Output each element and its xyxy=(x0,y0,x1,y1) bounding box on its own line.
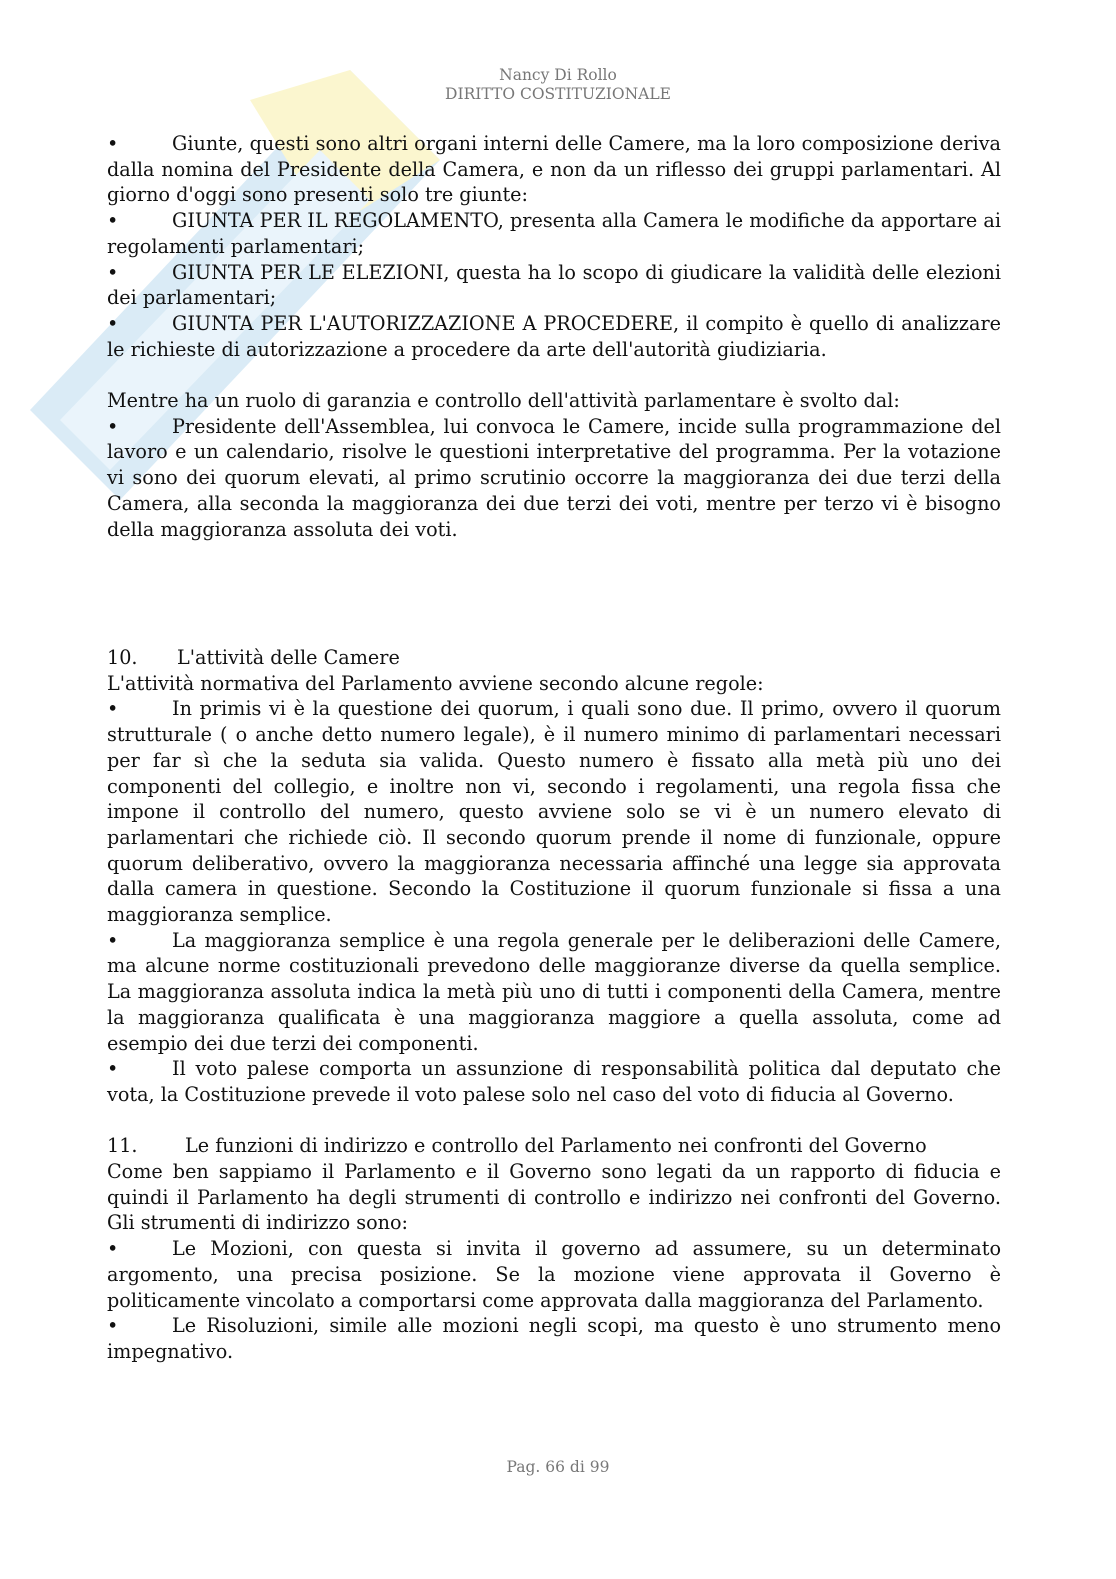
paragraph-garanzia-intro: Mentre ha un ruolo di garanzia e control… xyxy=(107,388,1001,414)
list-item-giunte: •Giunte, questi sono altri organi intern… xyxy=(107,131,1001,208)
header-subject: DIRITTO COSTITUZIONALE xyxy=(0,85,1116,104)
paragraph-section11-intro: Come ben sappiamo il Parlamento e il Gov… xyxy=(107,1159,1001,1236)
spacer xyxy=(107,594,1001,620)
bullet-icon: • xyxy=(107,1313,172,1339)
bullet-icon: • xyxy=(107,208,172,234)
list-item: •Il voto palese comporta un assunzione d… xyxy=(107,1056,1001,1107)
list-item: •GIUNTA PER LE ELEZIONI, questa ha lo sc… xyxy=(107,260,1001,311)
list-item: •GIUNTA PER IL REGOLAMENTO, presenta all… xyxy=(107,208,1001,259)
paragraph-section10-intro: L'attività normativa del Parlamento avvi… xyxy=(107,671,1001,697)
bullet-icon: • xyxy=(107,131,172,157)
page-header: Nancy Di Rollo DIRITTO COSTITUZIONALE xyxy=(0,66,1116,104)
bullet-icon: • xyxy=(107,696,172,722)
list-item: •In primis vi è la questione dei quorum,… xyxy=(107,696,1001,927)
spacer xyxy=(107,619,1001,645)
spacer xyxy=(107,542,1001,568)
page-number: Pag. 66 di 99 xyxy=(507,1458,610,1476)
bullet-icon: • xyxy=(107,414,172,440)
section-heading-10: 10.L'attività delle Camere xyxy=(107,645,1001,671)
list-item: •Le Risoluzioni, simile alle mozioni neg… xyxy=(107,1313,1001,1364)
page-footer: Pag. 66 di 99 xyxy=(0,1458,1116,1476)
header-author: Nancy Di Rollo xyxy=(0,66,1116,85)
list-item: •La maggioranza semplice è una regola ge… xyxy=(107,928,1001,1057)
bullet-icon: • xyxy=(107,311,172,337)
list-item: •Presidente dell'Assemblea, lui convoca … xyxy=(107,414,1001,543)
section-heading-11: 11.Le funzioni di indirizzo e controllo … xyxy=(107,1133,1001,1159)
document-body: •Giunte, questi sono altri organi intern… xyxy=(107,131,1001,1365)
spacer xyxy=(107,1108,1001,1134)
list-item: •GIUNTA PER L'AUTORIZZAZIONE A PROCEDERE… xyxy=(107,311,1001,362)
bullet-icon: • xyxy=(107,260,172,286)
bullet-icon: • xyxy=(107,928,172,954)
list-item: •Le Mozioni, con questa si invita il gov… xyxy=(107,1236,1001,1313)
spacer xyxy=(107,568,1001,594)
bullet-icon: • xyxy=(107,1236,172,1262)
spacer xyxy=(107,362,1001,388)
bullet-icon: • xyxy=(107,1056,172,1082)
